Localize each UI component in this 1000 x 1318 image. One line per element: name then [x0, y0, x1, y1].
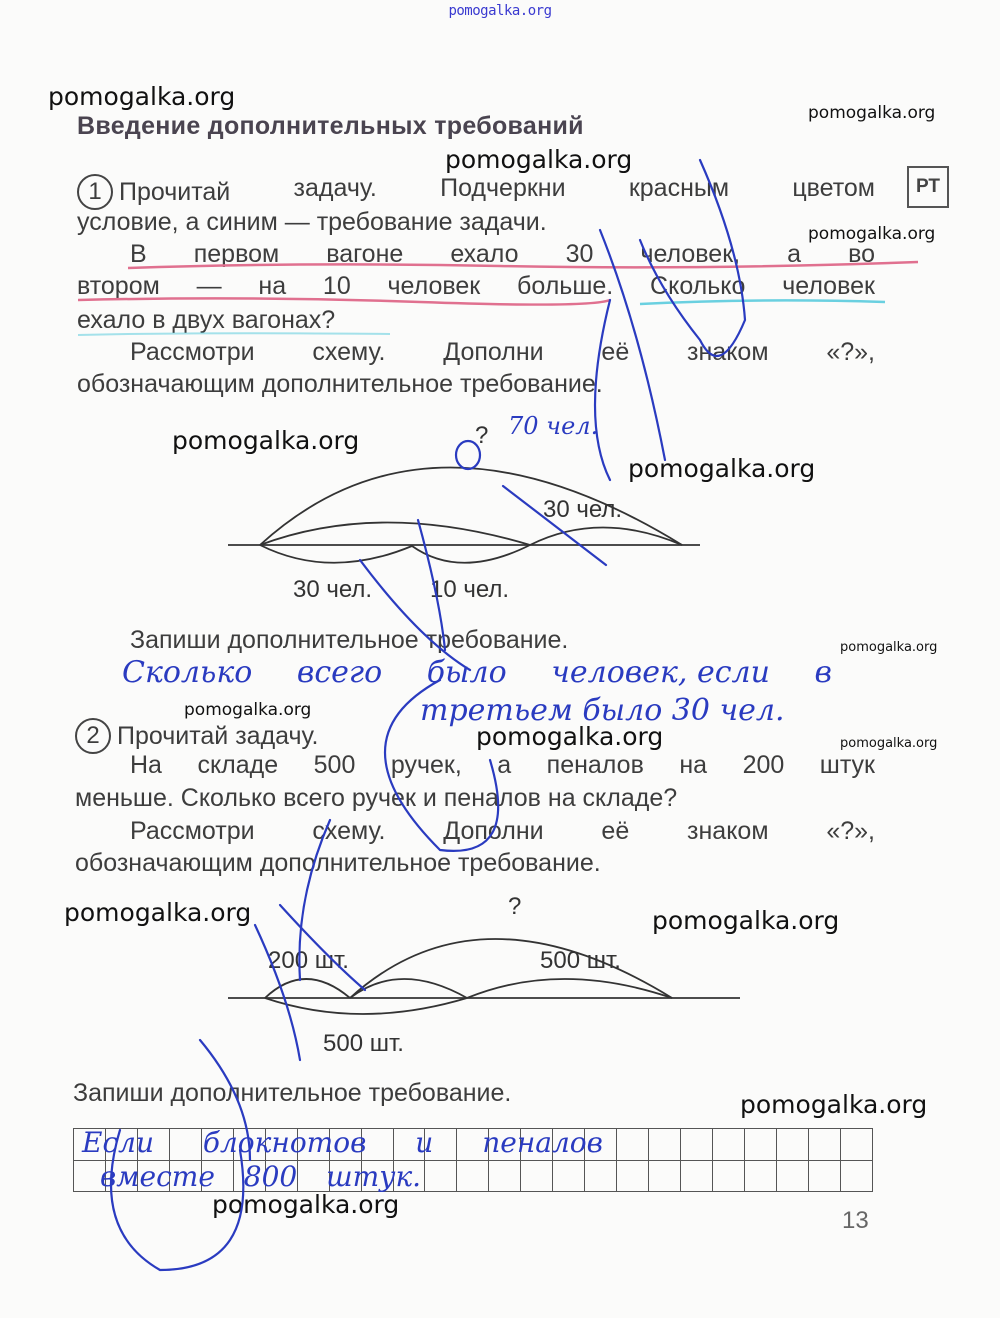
task1-scheme-line2: обозначающим дополнительное требование.: [77, 370, 603, 399]
diagram1-label-bottom-right: 10 чел.: [430, 576, 509, 604]
word: Рассмотри: [130, 817, 255, 846]
grid-cell[interactable]: [840, 1129, 872, 1161]
watermark: pomogalka.org: [840, 640, 937, 655]
word: 30: [566, 240, 594, 269]
watermark: pomogalka.org: [184, 700, 311, 720]
grid-cell[interactable]: [713, 1129, 745, 1161]
watermark: pomogalka.org: [652, 906, 839, 935]
grid-cell[interactable]: [713, 1160, 745, 1192]
word: схему.: [312, 817, 385, 846]
task1-handwritten-line1: Сколько всего было человек, если в: [122, 655, 832, 690]
word: первом: [194, 240, 279, 269]
task1-handwritten-line2: третьем было 30 чел.: [420, 693, 785, 728]
task-number-badge: 2: [75, 718, 111, 754]
task1-problem-line2: втором — на 10 человек больше. Сколько ч…: [77, 272, 875, 301]
section-title: Введение дополнительных требований: [77, 112, 584, 141]
task2-write-prompt: Запиши дополнительное требование.: [73, 1079, 511, 1108]
task2-scheme-line1: Рассмотри схему. Дополни её знаком «?»,: [130, 817, 875, 846]
word: втором: [77, 272, 160, 301]
word: В: [130, 240, 147, 269]
diagram2-label-left: 200 шт.: [268, 947, 349, 975]
diagram1-question-mark: ?: [475, 422, 488, 450]
word: —: [197, 272, 222, 301]
word: Сколько: [122, 655, 252, 690]
grid-cell[interactable]: [617, 1129, 649, 1161]
grid-cell[interactable]: [425, 1160, 457, 1192]
task2-problem-line2: меньше. Сколько всего ручек и пеналов на…: [75, 784, 677, 813]
task2-handwritten-line2: вместе 800 штук.: [100, 1160, 421, 1193]
word: человек: [782, 272, 875, 301]
word: было: [427, 655, 507, 690]
word: Дополни: [443, 338, 543, 367]
grid-cell[interactable]: [808, 1129, 840, 1161]
instruction-text: Прочитай задачу.: [117, 722, 318, 751]
task1-instruction-line1: 1Прочитай задачу. Подчеркни красным цвет…: [77, 174, 875, 210]
word: складе: [197, 751, 278, 780]
word: 500: [314, 751, 356, 780]
grid-cell[interactable]: [649, 1129, 681, 1161]
word: Подчеркни: [440, 174, 565, 210]
grid-cell[interactable]: [521, 1160, 553, 1192]
word: на: [258, 272, 286, 301]
word: ехало: [450, 240, 518, 269]
word: красным: [629, 174, 729, 210]
diagram2-label-bottom: 500 шт.: [323, 1030, 404, 1058]
watermark: pomogalka.org: [808, 103, 935, 123]
word: схему.: [312, 338, 385, 367]
rt-badge: РТ: [907, 166, 949, 208]
watermark: pomogalka.org: [840, 736, 937, 751]
grid-cell[interactable]: [840, 1160, 872, 1192]
word: а: [787, 240, 801, 269]
watermark: pomogalka.org: [212, 1190, 399, 1219]
grid-cell[interactable]: [585, 1160, 617, 1192]
grid-cell[interactable]: [457, 1160, 489, 1192]
word: вагоне: [326, 240, 403, 269]
task2-handwritten-line1: Если блокнотов и пеналов: [82, 1126, 603, 1159]
word: Рассмотри: [130, 338, 255, 367]
word: задачу.: [294, 174, 377, 210]
diagram1-label-top-right: 30 чел.: [543, 496, 622, 524]
word: штук: [820, 751, 875, 780]
word: цветом: [792, 174, 875, 210]
grid-cell[interactable]: [776, 1129, 808, 1161]
grid-cell[interactable]: [553, 1160, 585, 1192]
word: ручек,: [391, 751, 462, 780]
word: знаком: [687, 817, 768, 846]
word: Дополни: [443, 817, 543, 846]
word: На: [130, 751, 162, 780]
word: Прочитай: [119, 178, 230, 207]
word: 200: [743, 751, 785, 780]
watermark: pomogalka.org: [445, 145, 632, 174]
grid-cell[interactable]: [681, 1129, 713, 1161]
word: человек: [388, 272, 481, 301]
grid-cell[interactable]: [745, 1160, 777, 1192]
page-number: 13: [842, 1207, 869, 1235]
grid-cell[interactable]: [649, 1160, 681, 1192]
word: Сколько: [650, 272, 745, 301]
task2-instruction: 2 Прочитай задачу.: [75, 718, 318, 754]
grid-cell[interactable]: [617, 1160, 649, 1192]
word: во: [848, 240, 875, 269]
word: её: [601, 817, 629, 846]
word: в: [815, 655, 832, 690]
handwritten-answer: 70 чел.: [508, 412, 598, 440]
task1-write-prompt: Запиши дополнительное требование.: [130, 626, 568, 655]
watermark: pomogalka.org: [48, 82, 235, 111]
diagram1-label-bottom-left: 30 чел.: [293, 576, 372, 604]
task2-scheme-line2: обозначающим дополнительное требование.: [75, 849, 601, 878]
watermark: pomogalka.org: [64, 898, 251, 927]
watermark: pomogalka.org: [740, 1090, 927, 1119]
word: человек, если: [551, 655, 770, 690]
grid-cell[interactable]: [776, 1160, 808, 1192]
grid-cell[interactable]: [808, 1160, 840, 1192]
word: больше.: [517, 272, 613, 301]
word: её: [601, 338, 629, 367]
grid-cell[interactable]: [489, 1160, 521, 1192]
task1-instruction-line2: условие, а синим — требование задачи.: [77, 208, 547, 237]
task1-scheme-line1: Рассмотри схему. Дополни её знаком «?»,: [130, 338, 875, 367]
word: «?»,: [826, 338, 875, 367]
task1-problem-line3: ехало в двух вагонах?: [77, 306, 335, 335]
diagram2-question-mark: ?: [508, 893, 521, 921]
word: пеналов: [547, 751, 644, 780]
watermark-top: pomogalka.org: [0, 3, 1000, 19]
word: на: [679, 751, 707, 780]
word: 10: [323, 272, 351, 301]
word: всего: [297, 655, 382, 690]
task1-problem-line1: В первом вагоне ехало 30 человек, а во: [130, 240, 875, 269]
task2-problem-line1: На складе 500 ручек, а пеналов на 200 шт…: [130, 751, 875, 780]
word: человек,: [640, 240, 740, 269]
word: «?»,: [826, 817, 875, 846]
diagram2-label-right: 500 шт.: [540, 947, 621, 975]
watermark: pomogalka.org: [172, 426, 359, 455]
watermark: pomogalka.org: [628, 454, 815, 483]
grid-cell[interactable]: [745, 1129, 777, 1161]
word: а: [497, 751, 511, 780]
word: знаком: [687, 338, 768, 367]
task-number-badge: 1: [77, 174, 113, 210]
grid-cell[interactable]: [681, 1160, 713, 1192]
